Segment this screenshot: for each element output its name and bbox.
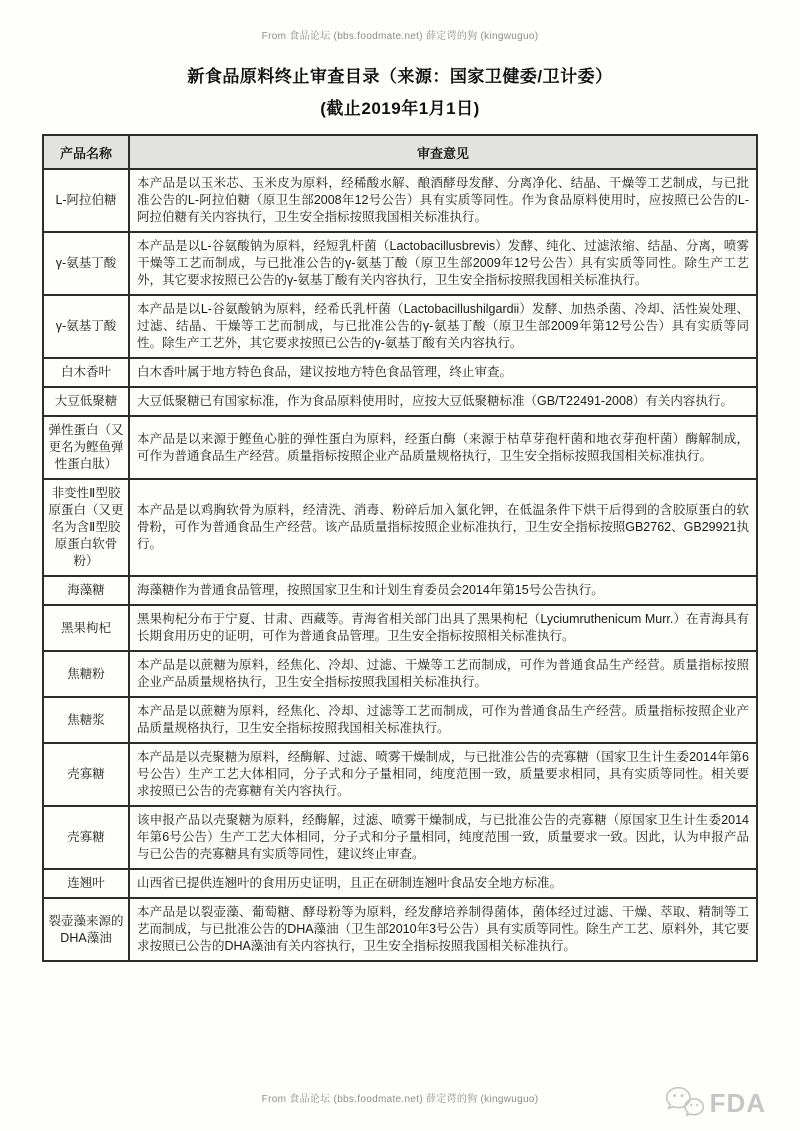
- product-name-cell: γ-氨基丁酸: [43, 295, 129, 358]
- table-row: 壳寡糖 该申报产品以壳聚糖为原料，经酶解，过滤、喷雾干燥制成，与已批准公告的壳寡…: [43, 806, 757, 869]
- review-opinion-cell: 海藻糖作为普通食品管理，按照国家卫生和计划生育委员会2014年第15号公告执行。: [129, 576, 757, 605]
- table-row: 壳寡糖 本产品是以壳聚糖为原料，经酶解、过滤、喷雾干燥制成，与已批准公告的壳寡糖…: [43, 743, 757, 806]
- review-table-wrap: 产品名称 审查意见 L-阿拉伯糖 本产品是以玉米芯、玉米皮为原料，经稀酸水解、酿…: [42, 134, 758, 962]
- table-row: 弹性蛋白（又更名为鲣鱼弹性蛋白肽） 本产品是以来源于鲣鱼心脏的弹性蛋白为原料，经…: [43, 416, 757, 479]
- document-page: From 食品论坛 (bbs.foodmate.net) 薛定谔的狗 (king…: [0, 0, 800, 1131]
- product-name-cell: 壳寡糖: [43, 806, 129, 869]
- product-name-cell: L-阿拉伯糖: [43, 169, 129, 232]
- table-row: 焦糖粉 本产品是以蔗糖为原料，经焦化、冷却、过滤、干燥等工艺而制成，可作为普通食…: [43, 651, 757, 697]
- review-opinion-cell: 白木香叶属于地方特色食品，建议按地方特色食品管理，终止审查。: [129, 358, 757, 387]
- review-opinion-cell: 本产品是以壳聚糖为原料，经酶解、过滤、喷雾干燥制成，与已批准公告的壳寡糖（国家卫…: [129, 743, 757, 806]
- table-row: 非变性Ⅱ型胶原蛋白（又更名为含Ⅱ型胶原蛋白软骨粉） 本产品是以鸡胸软骨为原料，经…: [43, 479, 757, 576]
- review-opinion-cell: 本产品是以鸡胸软骨为原料，经清洗、消毒、粉碎后加入氯化钾，在低温条件下烘干后得到…: [129, 479, 757, 576]
- table-row: 黑果枸杞 黑果枸杞分布于宁夏、甘肃、西藏等。青海省相关部门出具了黑果枸杞（Lyc…: [43, 605, 757, 651]
- product-name-cell: 弹性蛋白（又更名为鲣鱼弹性蛋白肽）: [43, 416, 129, 479]
- product-name-cell: 白木香叶: [43, 358, 129, 387]
- product-name-cell: 连翘叶: [43, 869, 129, 898]
- product-name-cell: 焦糖粉: [43, 651, 129, 697]
- credit-line-top: From 食品论坛 (bbs.foodmate.net) 薛定谔的狗 (king…: [0, 0, 800, 42]
- product-name-cell: 非变性Ⅱ型胶原蛋白（又更名为含Ⅱ型胶原蛋白软骨粉）: [43, 479, 129, 576]
- column-header-product-name: 产品名称: [43, 135, 129, 169]
- review-opinion-cell: 本产品是以裂壶藻、葡萄糖、酵母粉等为原料，经发酵培养制得菌体，菌体经过过滤、干燥…: [129, 898, 757, 961]
- watermark-label: FDA: [710, 1088, 766, 1119]
- product-name-cell: 焦糖浆: [43, 697, 129, 743]
- product-name-cell: 壳寡糖: [43, 743, 129, 806]
- review-opinion-cell: 本产品是以L-谷氨酸钠为原料，经短乳杆菌（Lactobacillusbrevis…: [129, 232, 757, 295]
- product-name-cell: 海藻糖: [43, 576, 129, 605]
- review-opinion-cell: 本产品是以蔗糖为原料，经焦化、冷却、过滤、干燥等工艺而制成，可作为普通食品生产经…: [129, 651, 757, 697]
- page-subtitle: (截止2019年1月1日): [0, 94, 800, 119]
- product-name-cell: 裂壶藻来源的DHA藻油: [43, 898, 129, 961]
- review-opinion-cell: 本产品是以来源于鲣鱼心脏的弹性蛋白为原料，经蛋白酶（来源于枯草芽孢杆菌和地衣芽孢…: [129, 416, 757, 479]
- review-opinion-cell: 大豆低聚糖已有国家标准，作为食品原料使用时，应按大豆低聚糖标准（GB/T2249…: [129, 387, 757, 416]
- review-opinion-cell: 本产品是以玉米芯、玉米皮为原料，经稀酸水解、酿酒酵母发酵、分离净化、结晶、干燥等…: [129, 169, 757, 232]
- header-row: 产品名称 审查意见: [43, 135, 757, 169]
- product-name-cell: γ-氨基丁酸: [43, 232, 129, 295]
- table-row: 大豆低聚糖 大豆低聚糖已有国家标准，作为食品原料使用时，应按大豆低聚糖标准（GB…: [43, 387, 757, 416]
- review-opinion-cell: 黑果枸杞分布于宁夏、甘肃、西藏等。青海省相关部门出具了黑果枸杞（Lyciumru…: [129, 605, 757, 651]
- column-header-review-opinion: 审查意见: [129, 135, 757, 169]
- page-title: 新食品原料终止审查目录（来源：国家卫健委/卫计委）: [0, 62, 800, 87]
- review-opinion-cell: 该申报产品以壳聚糖为原料，经酶解，过滤、喷雾干燥制成，与已批准公告的壳寡糖（原国…: [129, 806, 757, 869]
- product-name-cell: 黑果枸杞: [43, 605, 129, 651]
- table-row: 白木香叶 白木香叶属于地方特色食品，建议按地方特色食品管理，终止审查。: [43, 358, 757, 387]
- review-table: 产品名称 审查意见 L-阿拉伯糖 本产品是以玉米芯、玉米皮为原料，经稀酸水解、酿…: [42, 134, 758, 962]
- watermark: FDA: [665, 1084, 766, 1123]
- review-table-head: 产品名称 审查意见: [43, 135, 757, 169]
- table-row: 裂壶藻来源的DHA藻油 本产品是以裂壶藻、葡萄糖、酵母粉等为原料，经发酵培养制得…: [43, 898, 757, 961]
- table-row: γ-氨基丁酸 本产品是以L-谷氨酸钠为原料，经短乳杆菌（Lactobacillu…: [43, 232, 757, 295]
- product-name-cell: 大豆低聚糖: [43, 387, 129, 416]
- review-opinion-cell: 本产品是以蔗糖为原料，经焦化、冷却、过滤等工艺而制成，可作为普通食品生产经营。质…: [129, 697, 757, 743]
- review-table-body: L-阿拉伯糖 本产品是以玉米芯、玉米皮为原料，经稀酸水解、酿酒酵母发酵、分离净化…: [43, 169, 757, 961]
- table-row: γ-氨基丁酸 本产品是以L-谷氨酸钠为原料，经希氏乳杆菌（Lactobacill…: [43, 295, 757, 358]
- table-row: 海藻糖 海藻糖作为普通食品管理，按照国家卫生和计划生育委员会2014年第15号公…: [43, 576, 757, 605]
- review-opinion-cell: 山西省已提供连翘叶的食用历史证明，且正在研制连翘叶食品安全地方标准。: [129, 869, 757, 898]
- wechat-icon: [665, 1084, 705, 1123]
- table-row: 连翘叶 山西省已提供连翘叶的食用历史证明，且正在研制连翘叶食品安全地方标准。: [43, 869, 757, 898]
- table-row: L-阿拉伯糖 本产品是以玉米芯、玉米皮为原料，经稀酸水解、酿酒酵母发酵、分离净化…: [43, 169, 757, 232]
- table-row: 焦糖浆 本产品是以蔗糖为原料，经焦化、冷却、过滤等工艺而制成，可作为普通食品生产…: [43, 697, 757, 743]
- review-opinion-cell: 本产品是以L-谷氨酸钠为原料，经希氏乳杆菌（Lactobacillushilga…: [129, 295, 757, 358]
